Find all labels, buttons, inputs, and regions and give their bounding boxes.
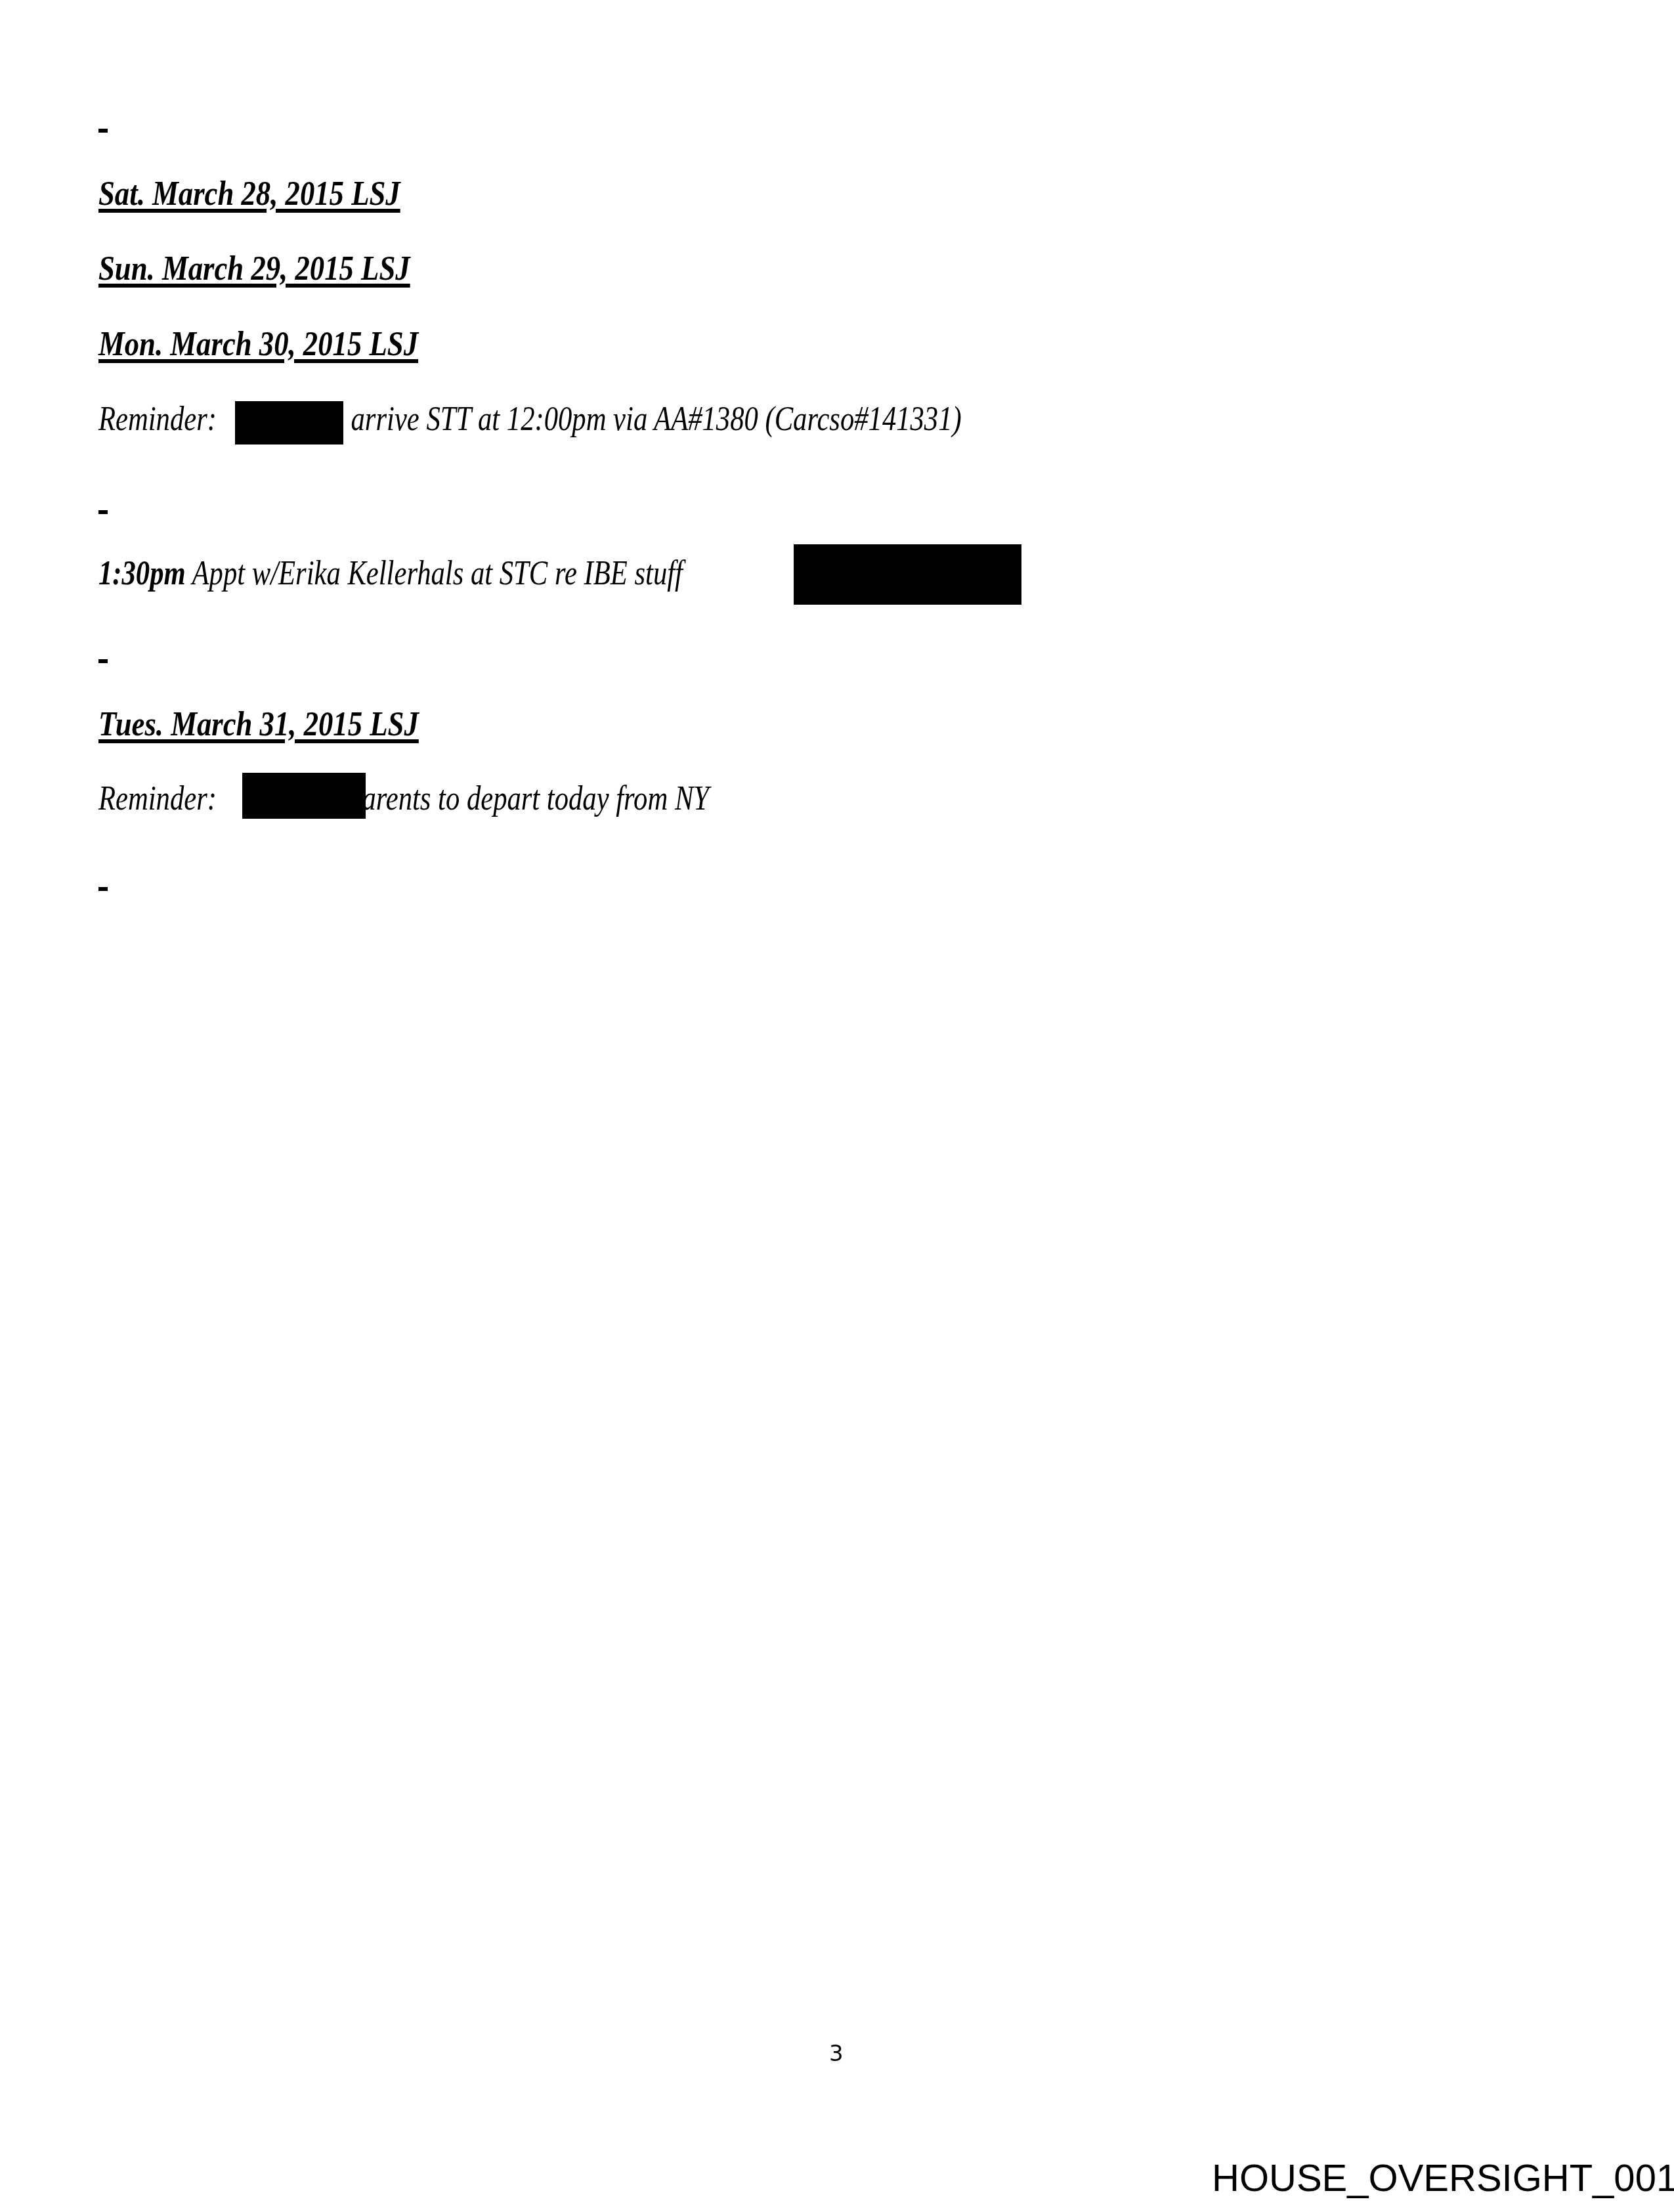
reminder-text: parents to depart today from NY (348, 780, 709, 817)
page-number: 3 (829, 2041, 844, 2067)
appointment-line: 1:30pm Appt w/Erika Kellerhals at STC re… (98, 554, 683, 594)
separator-dash (98, 129, 108, 133)
redaction-box (235, 401, 343, 445)
date-heading-tues: Tues. March 31, 2015 LSJ (98, 705, 419, 745)
date-heading-sat: Sat. March 28, 2015 LSJ (98, 175, 400, 214)
redaction-box (242, 773, 366, 819)
separator-dash (98, 510, 108, 514)
reminder-line-arrival: Reminder:to arrive STT at 12:00pm via AA… (98, 400, 962, 439)
redaction-box (794, 544, 1021, 605)
reminder-label: Reminder: (98, 401, 217, 438)
appointment-time: 1:30pm (98, 555, 186, 592)
date-heading-sun: Sun. March 29, 2015 LSJ (98, 249, 410, 289)
reminder-line-departure: Reminder:parents to depart today from NY (98, 779, 709, 819)
separator-dash (98, 887, 108, 891)
date-heading-mon: Mon. March 30, 2015 LSJ (98, 325, 418, 364)
separator-dash (98, 659, 108, 663)
bates-number: HOUSE_OVERSIGHT_001646 (1212, 2156, 1674, 2200)
reminder-label: Reminder: (98, 780, 217, 817)
reminder-text: to arrive STT at 12:00pm via AA#1380 (Ca… (322, 401, 962, 438)
appointment-text: Appt w/Erika Kellerhals at STC re IBE st… (186, 555, 683, 592)
